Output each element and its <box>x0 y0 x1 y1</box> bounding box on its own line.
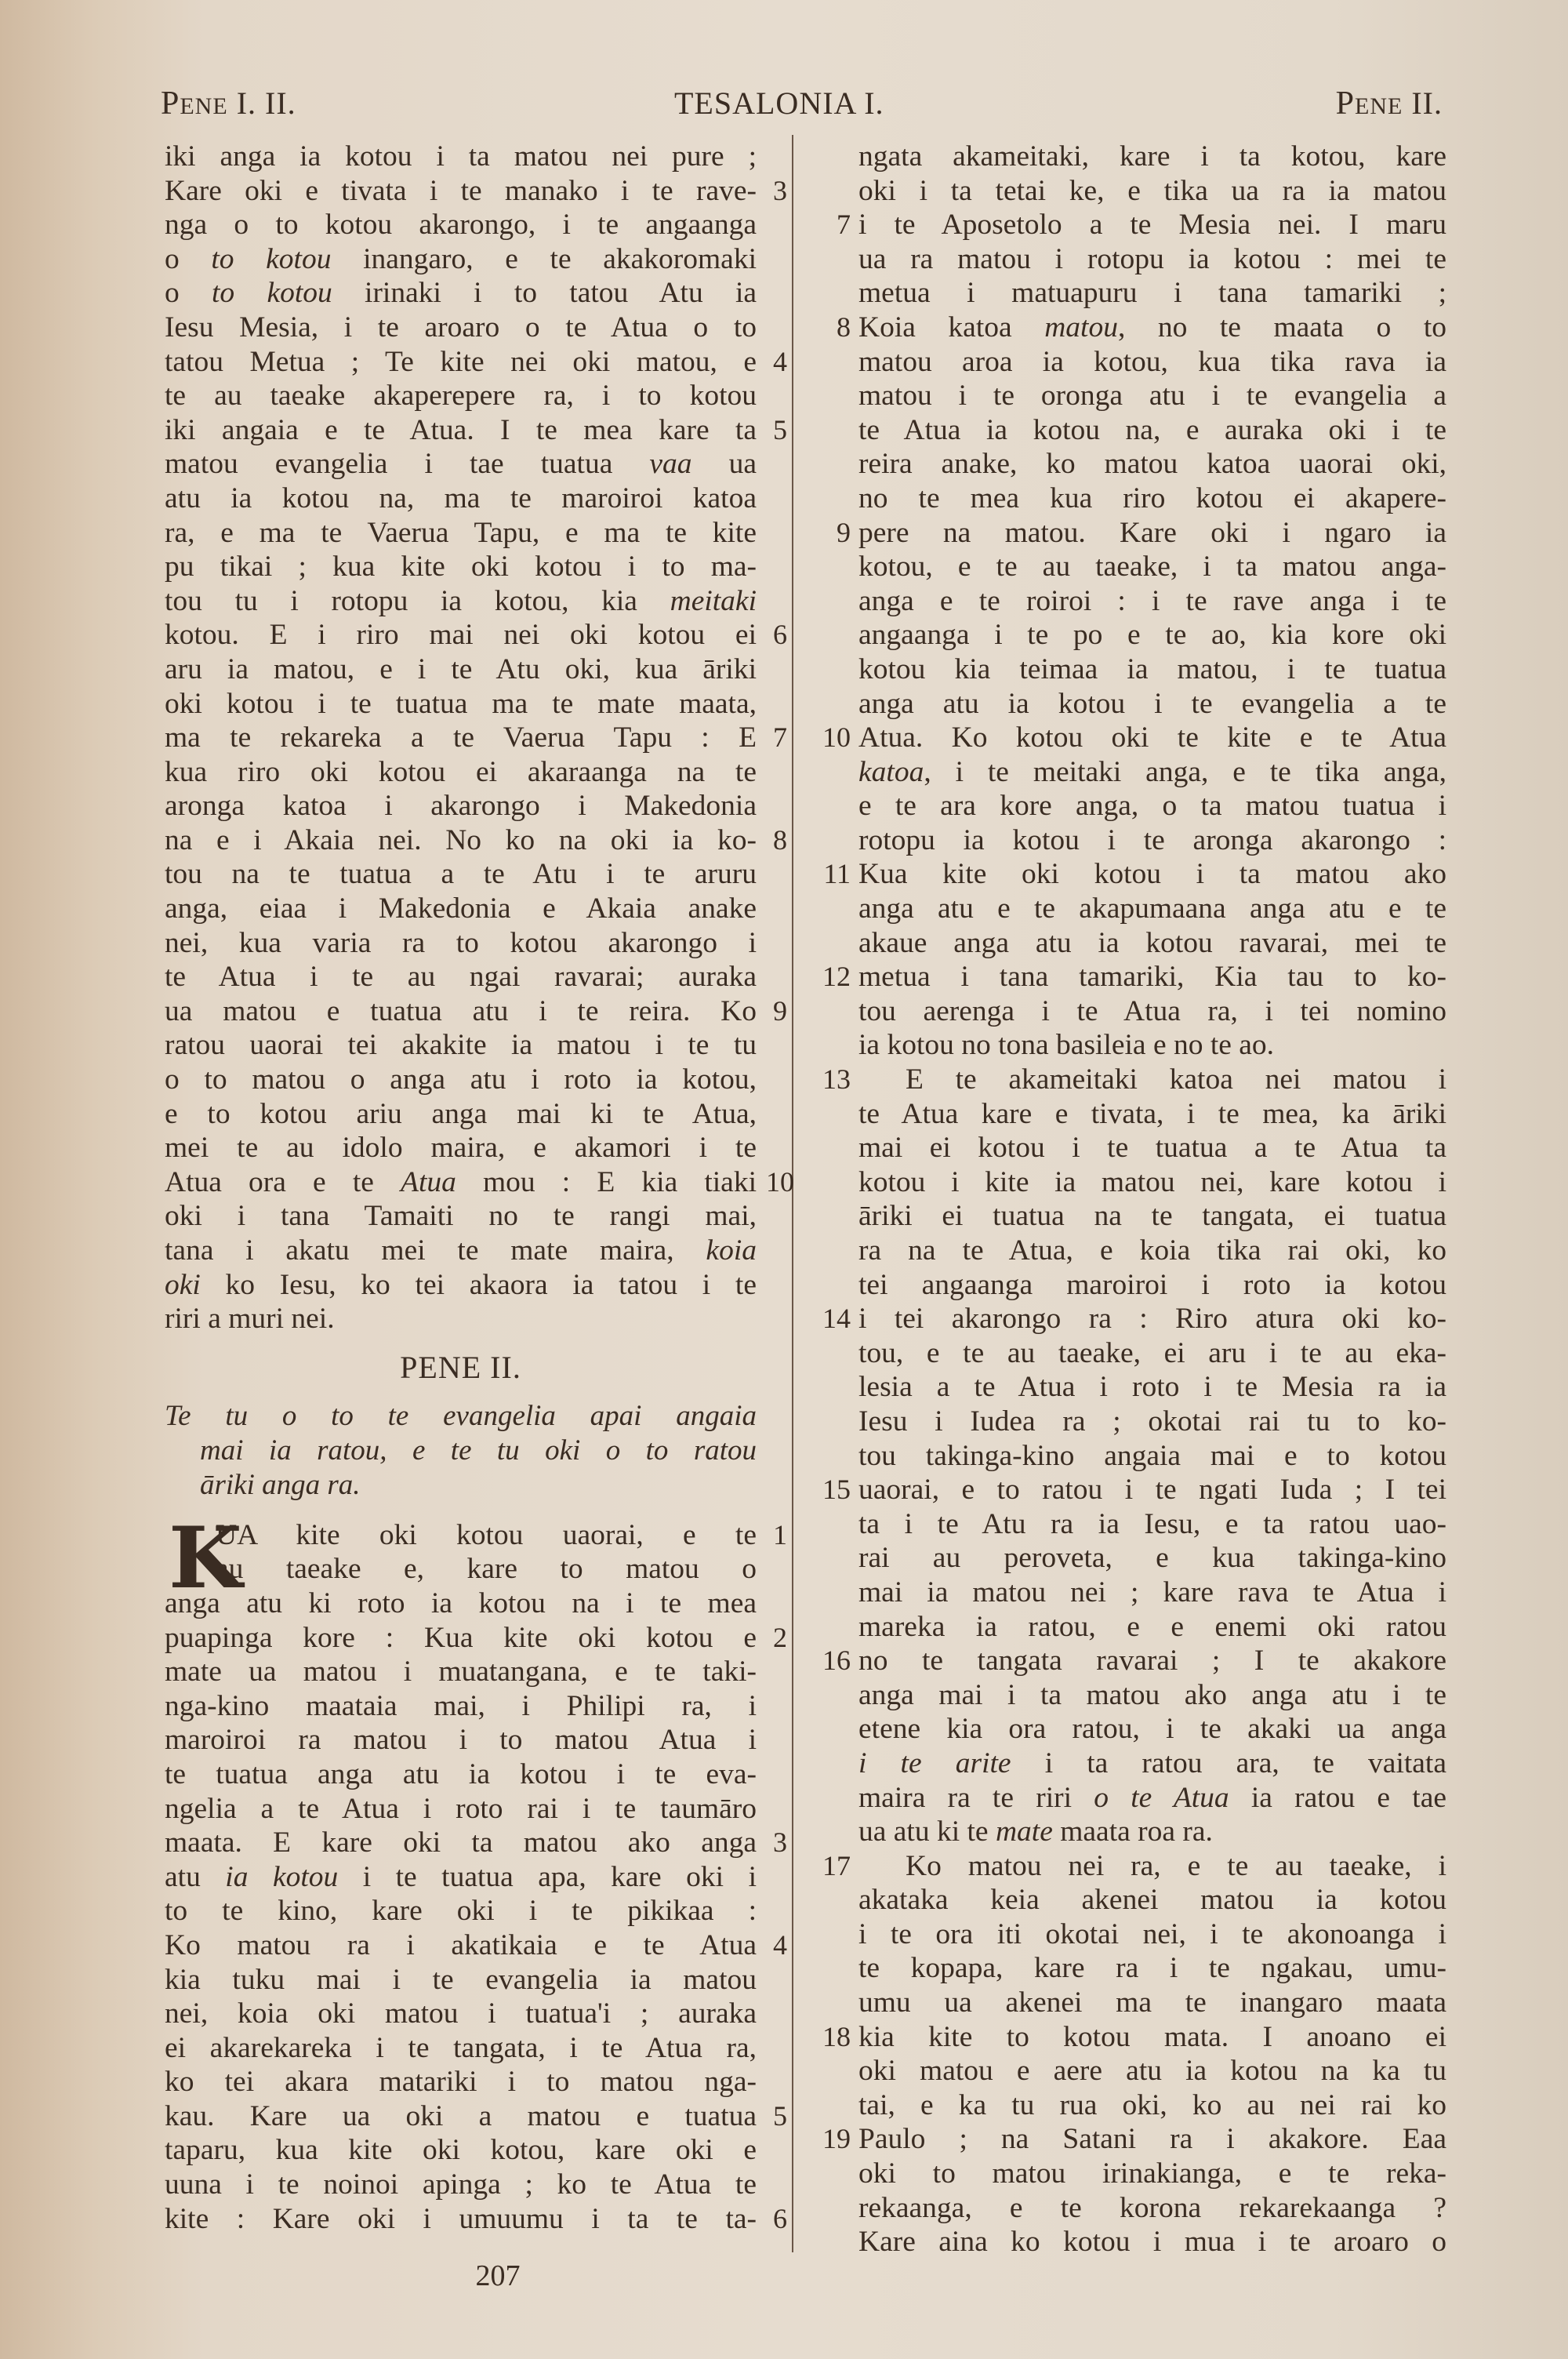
line-text: tana i akatu mei te mate maira, koia <box>165 1234 757 1268</box>
text-line: kotou i kite ia matou nei, kare kotou i <box>811 1165 1446 1200</box>
line-text: Kare aina ko kotou i mua i te aroaro o <box>858 2225 1446 2259</box>
line-text: ua atu ki te mate maata roa ra. <box>858 1815 1446 1849</box>
text-line: Kare oki e tivata i te manako i te rave-… <box>165 174 792 209</box>
text-line: te Atua i te au ngai ravarai; auraka <box>165 960 792 994</box>
line-text: anga atu ki roto ia kotou na i te mea <box>165 1587 757 1621</box>
verse-number: 19 <box>811 2122 851 2157</box>
line-text: etene kia ora ratou, i te akaki ua anga <box>858 1712 1446 1747</box>
line-text: Paulo ; na Satani ra i akakore. Eaa <box>858 2122 1446 2157</box>
line-text: e te ara kore anga, o ta matou tuatua i <box>858 789 1446 823</box>
text-line: ratou uaorai tei akakite ia matou i te t… <box>165 1028 792 1063</box>
text-line: Iesu Mesia, i te aroaro o te Atua o to <box>165 311 792 345</box>
line-text: nga o to kotou akarongo, i te angaanga <box>165 208 757 242</box>
line-text: oki i ta tetai ke, e tika ua ra ia matou <box>858 174 1446 209</box>
text-line: 13E te akameitaki katoa nei matou i <box>811 1063 1446 1097</box>
text-line: oki matou e aere atu ia kotou na ka tu <box>811 2054 1446 2088</box>
line-text: uuna i te noinoi apinga ; ko te Atua te <box>165 2168 757 2202</box>
line-text: te Atua ia kotou na, e auraka oki i te <box>858 413 1446 448</box>
text-line: o to kotou irinaki i to tatou Atu ia <box>165 276 792 311</box>
line-text: kotou kia teimaa ia matou, i te tuatua <box>858 652 1446 687</box>
line-text: te kopapa, kare ra i te ngakau, umu- <box>858 1951 1446 1986</box>
verse-number: 15 <box>811 1473 851 1507</box>
line-text: matou i te oronga atu i te evangelia a <box>858 379 1446 413</box>
verse-number: 5 <box>764 2099 796 2134</box>
line-text: mate ua matou i muatangana, e te taki- <box>165 1655 757 1689</box>
text-line: anga, eiaa i Makedonia e Akaia anake <box>165 892 792 926</box>
text-line: tou tu i rotopu ia kotou, kia meitaki <box>165 584 792 619</box>
text-line: ei akarekareka i te tangata, i te Atua r… <box>165 2031 792 2066</box>
text-line: maata. E kare oki ta matou ako anga3 <box>165 1826 792 1860</box>
summary-line: Te tu o to te evangelia apai angaia <box>165 1399 757 1434</box>
text-line: rotopu ia kotou i te aronga akarongo : <box>811 823 1446 858</box>
text-line: 8Koia katoa matou, no te maata o to <box>811 311 1446 345</box>
line-text: mai ia matou nei ; kare rava te Atua i <box>858 1576 1446 1610</box>
verse-number: 7 <box>764 721 796 755</box>
text-line: akaue anga atu ia kotou ravarai, mei te <box>811 926 1446 961</box>
running-head-title: TESALONIA I. <box>674 85 884 122</box>
text-line: te kopapa, kare ra i te ngakau, umu- <box>811 1951 1446 1986</box>
text-line: 16no te tangata ravarai ; I te akakore <box>811 1644 1446 1678</box>
line-text: ra, e ma te Vaerua Tapu, e ma te kite <box>165 516 757 551</box>
line-text: iki anga ia kotou i ta matou nei pure ; <box>165 140 757 174</box>
text-line: tou, e te au taeake, ei aru i te au eka- <box>811 1336 1446 1371</box>
line-text: oki to matou irinakianga, e te reka- <box>858 2157 1446 2191</box>
text-line: anga atu ia kotou i te evangelia a te <box>811 687 1446 722</box>
line-text: Atua. Ko kotou oki te kite e te Atua <box>858 721 1446 755</box>
line-text: anga atu e te akapumaana anga atu e te <box>858 892 1446 926</box>
text-line: iki angaia e te Atua. I te mea kare ta5 <box>165 413 792 448</box>
line-text: o to kotou inangaro, e te akakoromaki <box>165 242 757 277</box>
line-text: UA kite oki kotou uaorai, e te <box>165 1518 757 1553</box>
text-line: reira anake, ko matou katoa uaorai oki, <box>811 447 1446 482</box>
text-line: oki i tana Tamaiti no te rangi mai, <box>165 1199 792 1234</box>
line-text: mei te au idolo maira, e akamori i te <box>165 1131 757 1165</box>
text-line: anga e te roiroi : i te rave anga i te <box>811 584 1446 619</box>
text-line: rekaanga, e te korona rekarekaanga ? <box>811 2191 1446 2226</box>
line-text: rekaanga, e te korona rekarekaanga ? <box>858 2191 1446 2226</box>
text-line: o to matou o anga atu i roto ia kotou, <box>165 1063 792 1097</box>
text-line: ua ra matou i rotopu ia kotou : mei te <box>811 242 1446 277</box>
text-line: ra na te Atua, e koia tika rai oki, ko <box>811 1234 1446 1268</box>
line-text: ei akarekareka i te tangata, i te Atua r… <box>165 2031 757 2066</box>
text-line: metua i matuapuru i tana tamariki ; <box>811 276 1446 311</box>
line-text: aru ia matou, e i te Atu oki, kua āriki <box>165 652 757 687</box>
line-text: reira anake, ko matou katoa uaorai oki, <box>858 447 1446 482</box>
text-line: maira ra te riri o te Atua ia ratou e ta… <box>811 1781 1446 1816</box>
verse-number: 13 <box>811 1063 851 1097</box>
text-line: Iesu i Iudea ra ; okotai rai tu to ko- <box>811 1405 1446 1439</box>
text-line: nga o to kotou akarongo, i te angaanga <box>165 208 792 242</box>
text-line: nei, kua varia ra to kotou akarongo i <box>165 926 792 961</box>
chapter-2-text-continued: ngata akameitaki, kare i ta kotou, kareo… <box>811 140 1446 2259</box>
line-text: matou aroa ia kotou, kua tika rava ia <box>858 345 1446 380</box>
text-line: UA kite oki kotou uaorai, e te1K <box>165 1518 792 1553</box>
line-text: ko tei akara matariki i to matou nga- <box>165 2065 757 2099</box>
text-line: kotou kia teimaa ia matou, i te tuatua <box>811 652 1446 687</box>
text-line: 9pere na matou. Kare oki i ngaro ia <box>811 516 1446 551</box>
text-line: te tuatua anga atu ia kotou i te eva- <box>165 1757 792 1792</box>
text-line: kotou. E i riro mai nei oki kotou ei6 <box>165 618 792 652</box>
text-line: ta i te Atu ra ia Iesu, e ta ratou uao- <box>811 1507 1446 1542</box>
line-text: akaue anga atu ia kotou ravarai, mei te <box>858 926 1446 961</box>
line-text: Ko matou nei ra, e te au taeake, i <box>858 1849 1446 1884</box>
text-line: au taeake e, kare to matou o <box>165 1552 792 1587</box>
verse-number: 8 <box>811 311 851 345</box>
text-line: ua atu ki te mate maata roa ra. <box>811 1815 1446 1849</box>
text-line: kau. Kare ua oki a matou e tuatua5 <box>165 2099 792 2134</box>
text-line: kua riro oki kotou ei akaraanga na te <box>165 755 792 790</box>
text-line: rai au peroveta, e kua takinga-kino <box>811 1541 1446 1576</box>
line-text: ra na te Atua, e koia tika rai oki, ko <box>858 1234 1446 1268</box>
text-line: aronga katoa i akarongo i Makedonia <box>165 789 792 823</box>
line-text: rotopu ia kotou i te aronga akarongo : <box>858 823 1446 858</box>
line-text: tatou Metua ; Te kite nei oki matou, e <box>165 345 757 380</box>
line-text: āriki ei tuatua na te tangata, ei tuatua <box>858 1199 1446 1234</box>
line-text: Kua kite oki kotou i ta matou ako <box>858 857 1446 892</box>
text-line: mai ia matou nei ; kare rava te Atua i <box>811 1576 1446 1610</box>
line-text: pu tikai ; kua kite oki kotou i to ma- <box>165 550 757 584</box>
text-line: etene kia ora ratou, i te akaki ua anga <box>811 1712 1446 1747</box>
verse-number: 4 <box>764 1928 796 1963</box>
chapter-2-text: UA kite oki kotou uaorai, e te1Kau taeak… <box>165 1518 792 2236</box>
text-line: matou i te oronga atu i te evangelia a <box>811 379 1446 413</box>
line-text: kau. Kare ua oki a matou e tuatua <box>165 2099 757 2134</box>
text-line: 15uaorai, e to ratou i te ngati Iuda ; I… <box>811 1473 1446 1507</box>
verse-number: 9 <box>811 516 851 551</box>
text-line: atu ia kotou na, ma te maroiroi katoa <box>165 482 792 516</box>
text-line: mei te au idolo maira, e akamori i te <box>165 1131 792 1165</box>
line-text: matou evangelia i tae tuatua vaa ua <box>165 447 757 482</box>
line-text: i te Aposetolo a te Mesia nei. I maru <box>858 208 1446 242</box>
text-line: te au taeake akaperepere ra, i to kotou <box>165 379 792 413</box>
line-text: te au taeake akaperepere ra, i to kotou <box>165 379 757 413</box>
text-line: lesia a te Atua i roto i te Mesia ra ia <box>811 1370 1446 1405</box>
line-text: aronga katoa i akarongo i Makedonia <box>165 789 757 823</box>
running-head: PENE I. II. TESALONIA I. PENE II. <box>161 85 1443 124</box>
text-line: iki anga ia kotou i ta matou nei pure ; <box>165 140 792 174</box>
line-text: nei, kua varia ra to kotou akarongo i <box>165 926 757 961</box>
line-text: o to kotou irinaki i to tatou Atu ia <box>165 276 757 311</box>
chapter-heading: PENE II. <box>165 1336 757 1399</box>
line-text: mai ei kotou i te tuatua a te Atua ta <box>858 1131 1446 1165</box>
text-line: tai, e ka tu rua oki, ko au nei rai ko <box>811 2088 1446 2123</box>
verse-number: 14 <box>811 1302 851 1336</box>
text-line: 11Kua kite oki kotou i ta matou ako <box>811 857 1446 892</box>
text-line: matou aroa ia kotou, kua tika rava ia <box>811 345 1446 380</box>
text-line: mareka ia ratou, e e enemi oki ratou <box>811 1610 1446 1645</box>
text-line: ko tei akara matariki i to matou nga- <box>165 2065 792 2099</box>
verse-number: 17 <box>811 1849 851 1884</box>
verse-number: 2 <box>764 1621 796 1656</box>
text-line: katoa, i te meitaki anga, e te tika anga… <box>811 755 1446 790</box>
text-line: na e i Akaia nei. No ko na oki ia ko-8 <box>165 823 792 858</box>
text-line: te Atua ia kotou na, e auraka oki i te <box>811 413 1446 448</box>
text-line: riri a muri nei. <box>165 1302 792 1336</box>
summary-line: mai ia ratou, e te tu oki o to ratou <box>165 1434 757 1468</box>
text-line: anga mai i ta matou ako anga atu i te <box>811 1678 1446 1713</box>
line-text: kotou, e te au taeake, i ta matou anga- <box>858 550 1446 584</box>
text-line: umu ua akenei ma te inangaro maata <box>811 1986 1446 2020</box>
right-column: ngata akameitaki, kare i ta kotou, kareo… <box>811 140 1446 2259</box>
line-text: ngata akameitaki, kare i ta kotou, kare <box>858 140 1446 174</box>
text-line: o to kotou inangaro, e te akakoromaki <box>165 242 792 277</box>
text-line: tatou Metua ; Te kite nei oki matou, e4 <box>165 345 792 380</box>
verse-number: 1 <box>764 1518 796 1553</box>
line-text: oki matou e aere atu ia kotou na ka tu <box>858 2054 1446 2088</box>
verse-number: 12 <box>811 960 851 994</box>
text-line: e te ara kore anga, o ta matou tuatua i <box>811 789 1446 823</box>
text-line: i te ora iti okotai nei, i te akonoanga … <box>811 1917 1446 1952</box>
text-line: e to kotou ariu anga mai ki te Atua, <box>165 1097 792 1132</box>
line-text: ua matou e tuatua atu i te reira. Ko <box>165 994 757 1029</box>
line-text: metua i tana tamariki, Kia tau to ko- <box>858 960 1446 994</box>
line-text: mareka ia ratou, e e enemi oki ratou <box>858 1610 1446 1645</box>
line-text: angaanga i te po e te ao, kia kore oki <box>858 618 1446 652</box>
line-text: te Atua kare e tivata, i te mea, ka ārik… <box>858 1097 1446 1132</box>
verse-number: 8 <box>764 823 796 858</box>
line-text: taparu, kua kite oki kotou, kare oki e <box>165 2133 757 2168</box>
verse-number: 6 <box>764 2202 796 2237</box>
line-text: katoa, i te meitaki anga, e te tika anga… <box>858 755 1446 790</box>
line-text: uaorai, e to ratou i te ngati Iuda ; I t… <box>858 1473 1446 1507</box>
text-line: tou takinga-kino angaia mai e to kotou <box>811 1439 1446 1474</box>
text-line: Kare aina ko kotou i mua i te aroaro o <box>811 2225 1446 2259</box>
text-line: kite : Kare oki i umuumu i ta te ta-6 <box>165 2202 792 2237</box>
text-line: maroiroi ra matou i to matou Atua i <box>165 1723 792 1757</box>
line-text: E te akameitaki katoa nei matou i <box>858 1063 1446 1097</box>
line-text: Kare oki e tivata i te manako i te rave- <box>165 174 757 209</box>
line-text: iki angaia e te Atua. I te mea kare ta <box>165 413 757 448</box>
line-text: te tuatua anga atu ia kotou i te eva- <box>165 1757 757 1792</box>
text-line: no te mea kua riro kotou ei akapere- <box>811 482 1446 516</box>
line-text: i te ora iti okotai nei, i te akonoanga … <box>858 1917 1446 1952</box>
text-line: i te arite i ta ratou ara, te vaitata <box>811 1747 1446 1781</box>
line-text: tou tu i rotopu ia kotou, kia meitaki <box>165 584 757 619</box>
verse-number: 9 <box>764 994 796 1029</box>
text-line: ngata akameitaki, kare i ta kotou, kare <box>811 140 1446 174</box>
text-line: pu tikai ; kua kite oki kotou i to ma- <box>165 550 792 584</box>
text-line: matou evangelia i tae tuatua vaa ua <box>165 447 792 482</box>
verse-number: 3 <box>764 1826 796 1860</box>
line-text: anga mai i ta matou ako anga atu i te <box>858 1678 1446 1713</box>
verse-number: 3 <box>764 174 796 209</box>
verse-number: 4 <box>764 345 796 380</box>
text-line: ngelia a te Atua i roto rai i te taumāro <box>165 1792 792 1826</box>
text-line: anga atu e te akapumaana anga atu e te <box>811 892 1446 926</box>
text-line: 7i te Aposetolo a te Mesia nei. I maru <box>811 208 1446 242</box>
text-line: 18kia kite to kotou mata. I anoano ei <box>811 2020 1446 2055</box>
line-text: nei, koia oki matou i tuatua'i ; auraka <box>165 1997 757 2031</box>
verse-number: 18 <box>811 2020 851 2055</box>
text-line: taparu, kua kite oki kotou, kare oki e <box>165 2133 792 2168</box>
line-text: oki ko Iesu, ko tei akaora ia tatou i te <box>165 1268 757 1303</box>
line-text: atu ia kotou na, ma te maroiroi katoa <box>165 482 757 516</box>
verse-number: 5 <box>764 413 796 448</box>
text-line: mai ei kotou i te tuatua a te Atua ta <box>811 1131 1446 1165</box>
text-line: to te kino, kare oki i te pikikaa : <box>165 1894 792 1928</box>
text-line: ra, e ma te Vaerua Tapu, e ma te kite <box>165 516 792 551</box>
running-head-right: PENE II. <box>1336 85 1443 122</box>
line-text: ua ra matou i rotopu ia kotou : mei te <box>858 242 1446 277</box>
line-text: ma te rekareka a te Vaerua Tapu : E <box>165 721 757 755</box>
text-line: ia kotou no tona basileia e no te ao. <box>811 1028 1446 1063</box>
line-text: no te mea kua riro kotou ei akapere- <box>858 482 1446 516</box>
text-line: Ko matou ra i akatikaia e te Atua4 <box>165 1928 792 1963</box>
text-line: oki ko Iesu, ko tei akaora ia tatou i te <box>165 1268 792 1303</box>
line-text: ia kotou no tona basileia e no te ao. <box>858 1028 1446 1063</box>
page-number: 207 <box>466 2259 529 2293</box>
text-line: tou na te tuatua a te Atu i te aruru <box>165 857 792 892</box>
line-text: anga, eiaa i Makedonia e Akaia anake <box>165 892 757 926</box>
text-line: āriki ei tuatua na te tangata, ei tuatua <box>811 1199 1446 1234</box>
text-line: aru ia matou, e i te Atu oki, kua āriki <box>165 652 792 687</box>
text-line: tana i akatu mei te mate maira, koia <box>165 1234 792 1268</box>
line-text: riri a muri nei. <box>165 1302 757 1336</box>
text-line: nga-kino maataia mai, i Philipi ra, i <box>165 1689 792 1724</box>
line-text: au taeake e, kare to matou o <box>165 1552 757 1587</box>
text-line: mate ua matou i muatangana, e te taki- <box>165 1655 792 1689</box>
text-line: 14i tei akarongo ra : Riro atura oki ko- <box>811 1302 1446 1336</box>
line-text: to te kino, kare oki i te pikikaa : <box>165 1894 757 1928</box>
text-line: akataka keia akenei matou ia kotou <box>811 1883 1446 1917</box>
line-text: te Atua i te au ngai ravarai; auraka <box>165 960 757 994</box>
text-line: ua matou e tuatua atu i te reira. Ko9 <box>165 994 792 1029</box>
text-line: 12metua i tana tamariki, Kia tau to ko- <box>811 960 1446 994</box>
line-text: ngelia a te Atua i roto rai i te taumāro <box>165 1792 757 1826</box>
line-text: i tei akarongo ra : Riro atura oki ko- <box>858 1302 1446 1336</box>
text-line: angaanga i te po e te ao, kia kore oki <box>811 618 1446 652</box>
text-line: ma te rekareka a te Vaerua Tapu : E7 <box>165 721 792 755</box>
left-column: iki anga ia kotou i ta matou nei pure ;K… <box>165 140 792 2236</box>
verse-number: 11 <box>811 857 851 892</box>
line-text: kua riro oki kotou ei akaraanga na te <box>165 755 757 790</box>
line-text: tai, e ka tu rua oki, ko au nei rai ko <box>858 2088 1446 2123</box>
chapter-summary: Te tu o to te evangelia apai angaiamai i… <box>165 1399 757 1518</box>
running-head-left: PENE I. II. <box>161 85 296 122</box>
verse-number: 10 <box>811 721 851 755</box>
line-text: rai au peroveta, e kua takinga-kino <box>858 1541 1446 1576</box>
line-text: anga atu ia kotou i te evangelia a te <box>858 687 1446 722</box>
chapter-1-text: iki anga ia kotou i ta matou nei pure ;K… <box>165 140 792 1336</box>
verse-number: 7 <box>811 208 851 242</box>
line-text: ta i te Atu ra ia Iesu, e ta ratou uao- <box>858 1507 1446 1542</box>
line-text: o to matou o anga atu i roto ia kotou, <box>165 1063 757 1097</box>
line-text: maira ra te riri o te Atua ia ratou e ta… <box>858 1781 1446 1816</box>
line-text: metua i matuapuru i tana tamariki ; <box>858 276 1446 311</box>
line-text: kotou. E i riro mai nei oki kotou ei <box>165 618 757 652</box>
line-text: Iesu Mesia, i te aroaro o te Atua o to <box>165 311 757 345</box>
text-line: uuna i te noinoi apinga ; ko te Atua te <box>165 2168 792 2202</box>
text-line: 17Ko matou nei ra, e te au taeake, i <box>811 1849 1446 1884</box>
text-line: anga atu ki roto ia kotou na i te mea <box>165 1587 792 1621</box>
text-line: atu ia kotou i te tuatua apa, kare oki i <box>165 1860 792 1895</box>
line-text: tou, e te au taeake, ei aru i te au eka- <box>858 1336 1446 1371</box>
line-text: tou takinga-kino angaia mai e to kotou <box>858 1439 1446 1474</box>
line-text: kia tuku mai i te evangelia ia matou <box>165 1963 757 1997</box>
line-text: maroiroi ra matou i to matou Atua i <box>165 1723 757 1757</box>
line-text: anga e te roiroi : i te rave anga i te <box>858 584 1446 619</box>
line-text: no te tangata ravarai ; I te akakore <box>858 1644 1446 1678</box>
line-text: kotou i kite ia matou nei, kare kotou i <box>858 1165 1446 1200</box>
line-text: Iesu i Iudea ra ; okotai rai tu to ko- <box>858 1405 1446 1439</box>
line-text: oki i tana Tamaiti no te rangi mai, <box>165 1199 757 1234</box>
text-line: kotou, e te au taeake, i ta matou anga- <box>811 550 1446 584</box>
verse-number: 10 <box>764 1165 796 1200</box>
line-text: Ko matou ra i akatikaia e te Atua <box>165 1928 757 1963</box>
text-line: 10Atua. Ko kotou oki te kite e te Atua <box>811 721 1446 755</box>
line-text: i te arite i ta ratou ara, te vaitata <box>858 1747 1446 1781</box>
text-line: oki kotou i te tuatua ma te mate maata, <box>165 687 792 722</box>
line-text: maata. E kare oki ta matou ako anga <box>165 1826 757 1860</box>
verse-number: 6 <box>764 618 796 652</box>
line-text: tou na te tuatua a te Atu i te aruru <box>165 857 757 892</box>
text-line: tou aerenga i te Atua ra, i tei nomino <box>811 994 1446 1029</box>
line-text: tei angaanga maroiroi i roto ia kotou <box>858 1268 1446 1303</box>
text-line: oki to matou irinakianga, e te reka- <box>811 2157 1446 2191</box>
line-text: umu ua akenei ma te inangaro maata <box>858 1986 1446 2020</box>
text-line: tei angaanga maroiroi i roto ia kotou <box>811 1268 1446 1303</box>
line-text: pere na matou. Kare oki i ngaro ia <box>858 516 1446 551</box>
line-text: Atua ora e te Atua mou : E kia tiaki <box>165 1165 757 1200</box>
summary-line: āriki anga ra. <box>165 1468 757 1503</box>
line-text: ratou uaorai tei akakite ia matou i te t… <box>165 1028 757 1063</box>
line-text: tou aerenga i te Atua ra, i tei nomino <box>858 994 1446 1029</box>
line-text: na e i Akaia nei. No ko na oki ia ko- <box>165 823 757 858</box>
line-text: oki kotou i te tuatua ma te mate maata, <box>165 687 757 722</box>
verse-number: 16 <box>811 1644 851 1678</box>
line-text: atu ia kotou i te tuatua apa, kare oki i <box>165 1860 757 1895</box>
line-text: Koia katoa matou, no te maata o to <box>858 311 1446 345</box>
line-text: kite : Kare oki i umuumu i ta te ta- <box>165 2202 757 2237</box>
line-text: nga-kino maataia mai, i Philipi ra, i <box>165 1689 757 1724</box>
text-line: Atua ora e te Atua mou : E kia tiaki10 <box>165 1165 792 1200</box>
line-text: kia kite to kotou mata. I anoano ei <box>858 2020 1446 2055</box>
line-text: akataka keia akenei matou ia kotou <box>858 1883 1446 1917</box>
line-text: puapinga kore : Kua kite oki kotou e <box>165 1621 757 1656</box>
text-line: oki i ta tetai ke, e tika ua ra ia matou <box>811 174 1446 209</box>
text-line: puapinga kore : Kua kite oki kotou e2 <box>165 1621 792 1656</box>
text-line: nei, koia oki matou i tuatua'i ; auraka <box>165 1997 792 2031</box>
text-line: 19Paulo ; na Satani ra i akakore. Eaa <box>811 2122 1446 2157</box>
text-line: te Atua kare e tivata, i te mea, ka ārik… <box>811 1097 1446 1132</box>
line-text: lesia a te Atua i roto i te Mesia ra ia <box>858 1370 1446 1405</box>
text-line: kia tuku mai i te evangelia ia matou <box>165 1963 792 1997</box>
line-text: e to kotou ariu anga mai ki te Atua, <box>165 1097 757 1132</box>
